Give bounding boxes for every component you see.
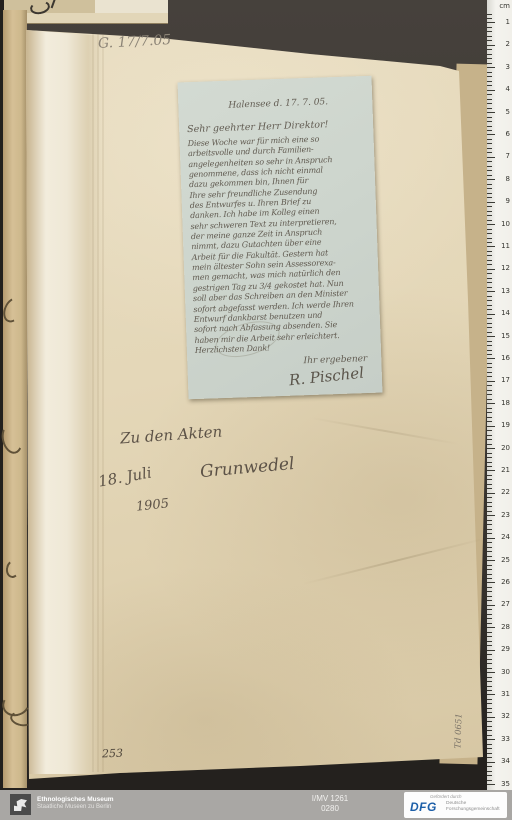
ruler-tick [487,211,492,212]
ruler-tick [487,762,495,763]
ruler-tick [487,771,492,772]
ruler-label: 19 [501,422,510,429]
ruler-tick [487,462,492,463]
ruler-tick [487,524,492,525]
ruler-tick [487,175,492,176]
ruler-tick [487,264,492,265]
ruler-tick [487,582,495,583]
ruler-tick [487,699,492,700]
ruler-tick [487,453,492,454]
ruler-label: 27 [501,601,510,608]
ruler-tick [487,193,492,194]
ruler-tick [487,314,495,315]
ruler-tick [487,287,492,288]
letter-body: Diese Woche war für mich eine soarbeitsv… [188,133,377,356]
ruler-tick [487,659,492,660]
page-fold-seam [92,34,106,772]
ruler-tick [487,457,492,458]
ruler-tick [487,27,492,28]
ruler-tick [487,296,492,297]
page-number: 253 [102,747,123,761]
page-fold-curl [24,26,102,774]
ruler-tick [487,152,492,153]
ruler-tick [487,354,492,355]
ruler-tick [487,269,495,270]
ruler-tick [487,278,492,279]
ruler-tick [487,341,492,342]
ruler-tick [487,547,492,548]
ruler-label: 25 [501,557,510,564]
ruler-tick [487,703,492,704]
underlying-page-fragment-light [95,0,168,13]
ruler-tick [487,542,492,543]
ruler-tick [487,645,492,646]
ruler-tick [487,623,492,624]
ruler-tick [487,99,492,100]
scan-viewport: G. 17/7.05 Halensee d. 17. 7. 05. Sehr g… [0,0,512,820]
ruler-tick [487,448,495,449]
ruler-tick [487,538,495,539]
ruler-unit-label: cm [499,2,510,10]
ruler-tick [487,641,492,642]
ruler-tick [487,484,492,485]
document-id: I/MV 1261 0280 [270,794,390,814]
ruler-label: 29 [501,646,510,653]
ruler-tick [487,58,492,59]
ruler-tick [487,654,492,655]
ruler-tick [487,336,495,337]
ruler-tick [487,67,495,68]
ruler-tick [487,426,495,427]
ruler-tick [487,117,492,118]
ruler-label: 4 [506,86,510,93]
ruler-tick [487,520,492,521]
ruler-tick [487,233,492,234]
ruler-tick [487,72,492,73]
ruler-tick [487,49,492,50]
ruler-tick [487,300,492,301]
ruler-tick [487,408,492,409]
ruler-label: 18 [501,400,510,407]
ruler-tick [487,748,492,749]
museum-logo [10,794,31,815]
ruler-tick [487,251,492,252]
ruler-tick [487,367,492,368]
ruler-tick [487,229,492,230]
ruler-tick [487,766,492,767]
ruler-tick [487,712,492,713]
ruler-label: 35 [501,781,510,788]
ruler-tick [487,309,492,310]
stacked-page-edges [3,10,27,788]
ruler-tick [487,757,492,758]
ruler-label: 3 [506,64,510,71]
ruler-label: 26 [501,579,510,586]
scan-number: 0280 [270,804,390,814]
ruler-label: 32 [501,713,510,720]
ruler-tick [487,663,492,664]
ruler-tick [487,515,495,516]
ruler-tick [487,31,492,32]
ruler-tick [487,148,492,149]
ruler-tick [487,739,495,740]
ruler-tick [487,318,492,319]
ruler-label: 11 [501,243,510,250]
ruler-tick [487,529,492,530]
letter-card: Halensee d. 17. 7. 05. Sehr geehrter Her… [178,76,383,400]
dfg-credit-label: Gefördert durch [430,794,462,799]
ruler-tick [487,403,495,404]
ruler-tick [487,45,495,46]
ruler-tick [487,363,492,364]
ruler-tick [487,730,492,731]
letter-salutation: Sehr geehrter Herr Direktor! [187,119,329,135]
ruler-tick [487,560,495,561]
ruler-tick [487,470,495,471]
museum-name: Ethnologisches Museum [37,796,114,804]
ruler-tick [487,126,492,127]
ruler-tick [487,578,492,579]
ruler-tick [487,350,492,351]
ruler-tick [487,609,492,610]
ruler-label: 12 [501,265,510,272]
ruler-tick [487,358,495,359]
ruler-tick [487,179,495,180]
letter-signature: R. Pischel [288,364,365,390]
ruler-tick [487,533,492,534]
ruler-tick [487,444,492,445]
ruler-tick [487,376,492,377]
ruler-tick [487,565,492,566]
ruler-tick [487,166,492,167]
ruler-tick [487,744,492,745]
ruler-tick [487,596,492,597]
ruler-tick [487,784,495,785]
ruler-tick [487,681,492,682]
footer-bar: Ethnologisches Museum Staatliche Museen … [0,790,512,820]
ruler-tick [487,399,492,400]
ruler-label: 33 [501,736,510,743]
ruler-tick [487,435,492,436]
ruler-tick [487,36,492,37]
ruler-tick [487,780,492,781]
dfg-logo-box: Gefördert durch DFG Deutsche Forschungsg… [404,792,507,818]
ruler-tick [487,421,492,422]
ruler-tick [487,121,492,122]
ruler-tick [487,345,492,346]
ruler-tick [487,690,492,691]
document-id-line: I/MV 1261 [270,794,390,804]
ruler-tick [487,305,492,306]
ruler-tick [487,735,492,736]
ruler-tick [487,255,492,256]
ruler-tick [487,22,495,23]
ruler-tick [487,184,492,185]
ruler-tick [487,85,492,86]
ruler-tick [487,224,495,225]
ruler-tick [487,220,492,221]
ruler-label: 5 [506,109,510,116]
ruler-label: 21 [501,467,510,474]
dfg-name: Deutsche Forschungsgemeinschaft [446,801,500,813]
ruler-tick [487,717,495,718]
ruler-tick [487,103,492,104]
ruler-tick [487,385,492,386]
ruler-tick [487,551,492,552]
ruler-tick [487,81,492,82]
ruler-tick [487,650,495,651]
ruler-label: 31 [501,691,510,698]
ruler-tick [487,18,492,19]
ruler-tick [487,63,492,64]
ruler-label: 1 [506,19,510,26]
ruler-tick [487,726,492,727]
ruler-tick [487,139,492,140]
ruler-tick [487,574,492,575]
ruler-label: 14 [501,310,510,317]
dfg-logo: DFG [410,800,437,814]
ruler-tick [487,694,495,695]
ruler-tick [487,672,495,673]
ruler-label: 6 [506,131,510,138]
ruler-tick [487,466,492,467]
ruler-tick [487,439,492,440]
ruler: cm 1234567891011121314151617181920212223… [487,0,512,790]
ruler-label: 13 [501,288,510,295]
ruler-tick [487,238,492,239]
ruler-tick [487,372,492,373]
ruler-tick [487,497,492,498]
ruler-tick [487,390,492,391]
ruler-tick [487,686,492,687]
museum-subtitle: Staatliche Museen zu Berlin [37,804,111,811]
ruler-tick [487,627,495,628]
ruler-tick [487,143,492,144]
ruler-tick [487,323,492,324]
ruler-tick [487,708,492,709]
ruler-tick [487,332,492,333]
ruler-tick [487,202,495,203]
ruler-tick [487,246,495,247]
ruler-tick [487,161,492,162]
ruler-tick [487,273,492,274]
ruler-tick [487,600,492,601]
ruler-tick [487,76,492,77]
ruler-label: 34 [501,758,510,765]
ruler-tick [487,14,492,15]
ruler-tick [487,569,492,570]
ruler-tick [487,753,492,754]
ruler-label: 9 [506,198,510,205]
ruler-label: 7 [506,153,510,160]
ruler-tick [487,417,492,418]
ruler-tick [487,108,492,109]
ruler-tick [487,632,492,633]
ruler-tick [487,282,492,283]
ruler-tick [487,511,492,512]
ruler-label: 17 [501,377,510,384]
ruler-tick [487,502,492,503]
ruler-tick [487,493,495,494]
ruler-tick [487,90,495,91]
ruler-label: 30 [501,669,510,676]
side-mark: Td 0651 [453,704,465,758]
ruler-label: 24 [501,534,510,541]
ruler-tick [487,394,492,395]
letter-dateline: Halensee d. 17. 7. 05. [228,97,328,110]
ruler-tick [487,260,492,261]
ruler-tick [487,206,492,207]
museum-logo-icon [14,799,27,811]
ruler-tick [487,291,495,292]
ruler-tick [487,40,492,41]
ruler-tick [487,430,492,431]
ruler-tick [487,775,492,776]
ruler-tick [487,618,492,619]
ruler-tick [487,614,492,615]
ruler-label: 10 [501,221,510,228]
ruler-tick [487,668,492,669]
ruler-tick [487,170,492,171]
ruler-tick [487,197,492,198]
ruler-tick [487,157,495,158]
ruler-label: 23 [501,512,510,519]
ruler-tick [487,327,492,328]
ruler-tick [487,381,495,382]
ruler-label: 8 [506,176,510,183]
ruler-tick [487,556,492,557]
ruler-label: 2 [506,41,510,48]
ruler-tick [487,412,492,413]
ruler-tick [487,215,492,216]
ruler-tick [487,112,495,113]
ruler-tick [487,94,492,95]
ruler-tick [487,242,492,243]
ruler-label: 15 [501,333,510,340]
ruler-label: 20 [501,445,510,452]
ruler-tick [487,188,492,189]
ruler-tick [487,475,492,476]
ruler-label: 28 [501,624,510,631]
ruler-tick [487,130,492,131]
ruler-tick [487,506,492,507]
ruler-tick [487,677,492,678]
ruler-tick [487,134,495,135]
ruler-tick [487,479,492,480]
ruler-tick [487,605,495,606]
ruler-tick [487,54,492,55]
ruler-tick [487,488,492,489]
ruler-tick [487,636,492,637]
ruler-label: 22 [501,489,510,496]
ruler-tick [487,591,492,592]
ruler-tick [487,721,492,722]
ruler-label: 16 [501,355,510,362]
ruler-tick [487,587,492,588]
